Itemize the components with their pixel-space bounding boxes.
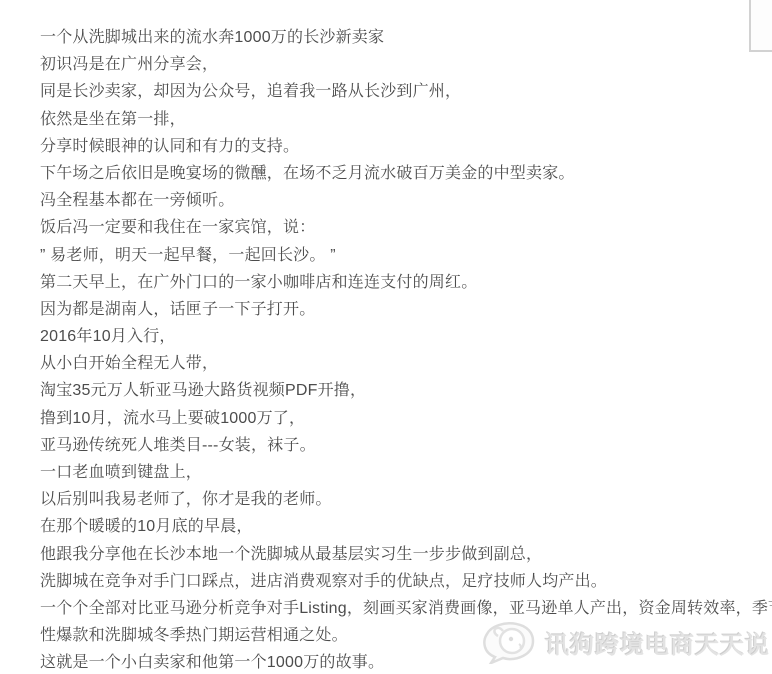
article-line: 第二天早上，在广外门口的一家小咖啡店和连连支付的周红。 xyxy=(40,269,740,296)
article-line: 初识冯是在广州分享会， xyxy=(40,51,740,78)
article-line: 同是长沙卖家，却因为公众号，追着我一路从长沙到广州， xyxy=(40,78,740,105)
article-line: 他跟我分享他在长沙本地一个洗脚城从最基层实习生一步步做到副总， xyxy=(40,541,740,568)
article-line: 在那个暖暖的10月底的早晨， xyxy=(40,513,740,540)
article-body: 一个从洗脚城出来的流水奔1000万的长沙新卖家 初识冯是在广州分享会， 同是长沙… xyxy=(40,24,740,674)
article-line: 洗脚城在竞争对手门口踩点，进店消费观察对手的优缺点，足疗技师人均产出。 xyxy=(40,568,740,595)
article-line: 亚马逊传统死人堆类目---女装，袜子。 xyxy=(40,432,740,459)
article-line: 分享时候眼神的认同和有力的支持。 xyxy=(40,133,740,160)
article-line: 淘宝35元万人斩亚马逊大路货视频PDF开撸， xyxy=(40,377,740,404)
article-title-line: 一个从洗脚城出来的流水奔1000万的长沙新卖家 xyxy=(40,24,740,51)
article-line: 下午场之后依旧是晚宴场的微醺，在场不乏月流水破百万美金的中型卖家。 xyxy=(40,160,740,187)
article-line: 以后别叫我易老师了，你才是我的老师。 xyxy=(40,486,740,513)
article-line: 性爆款和洗脚城冬季热门期运营相通之处。 xyxy=(40,622,740,649)
article-closing-line: 这就是一个小白卖家和他第一个1000万的故事。 xyxy=(40,649,740,674)
article-line: 撸到10月，流水马上要破1000万了， xyxy=(40,405,740,432)
article-line: 饭后冯一定要和我住在一家宾馆，说： xyxy=(40,214,740,241)
article-line: 一口老血喷到键盘上， xyxy=(40,459,740,486)
article-line: 因为都是湖南人，话匣子一下子打开。 xyxy=(40,296,740,323)
article-line: 2016年10月入行， xyxy=(40,323,740,350)
article-line: 冯全程基本都在一旁倾听。 xyxy=(40,187,740,214)
article-line: 一个个全部对比亚马逊分析竞争对手Listing，刻画买家消费画像，亚马逊单人产出… xyxy=(40,595,740,622)
article-line: 依然是坐在第一排， xyxy=(40,106,740,133)
article-line: 从小白开始全程无人带， xyxy=(40,350,740,377)
top-right-cropped-box-corner xyxy=(749,0,772,52)
article-quote-line: ” 易老师，明天一起早餐，一起回长沙。 ” xyxy=(40,242,740,269)
